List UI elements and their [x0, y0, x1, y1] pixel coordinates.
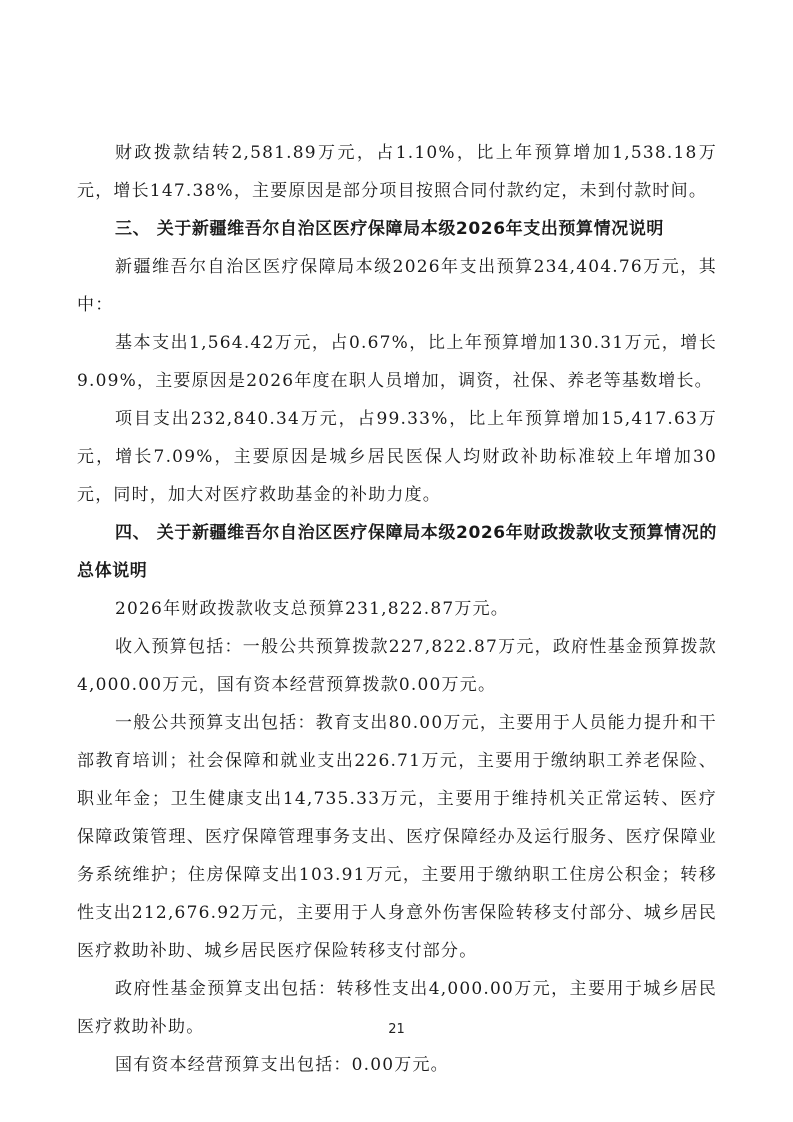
paragraph-total-budget: 2026年财政拨款收支总预算231,822.87万元。 [77, 590, 717, 628]
paragraph-general-public-expenditure: 一般公共预算支出包括：教育支出80.00万元，主要用于人员能力提升和干部教育培训… [77, 704, 717, 970]
paragraph-income-budget: 收入预算包括：一般公共预算拨款227,822.87万元，政府性基金预算拨款4,0… [77, 628, 717, 704]
paragraph-basic-expenditure: 基本支出1,564.42万元，占0.67%，比上年预算增加130.31万元，增长… [77, 324, 717, 400]
section-heading-3: 三、 关于新疆维吾尔自治区医疗保障局本级2026年支出预算情况说明 [77, 210, 717, 248]
page-number: 21 [0, 1022, 793, 1037]
paragraph-project-expenditure: 项目支出232,840.34万元，占99.33%，比上年预算增加15,417.6… [77, 400, 717, 514]
paragraph-carryover-balance: 财政拨款结转2,581.89万元，占1.10%，比上年预算增加1,538.18万… [77, 134, 717, 210]
paragraph-state-capital-expenditure: 国有资本经营预算支出包括：0.00万元。 [77, 1046, 717, 1084]
paragraph-total-expenditure: 新疆维吾尔自治区医疗保障局本级2026年支出预算234,404.76万元，其中： [77, 248, 717, 324]
section-heading-4: 四、 关于新疆维吾尔自治区医疗保障局本级2026年财政拨款收支预算情况的总体说明 [77, 514, 717, 590]
document-page: 财政拨款结转2,581.89万元，占1.10%，比上年预算增加1,538.18万… [77, 134, 717, 1084]
